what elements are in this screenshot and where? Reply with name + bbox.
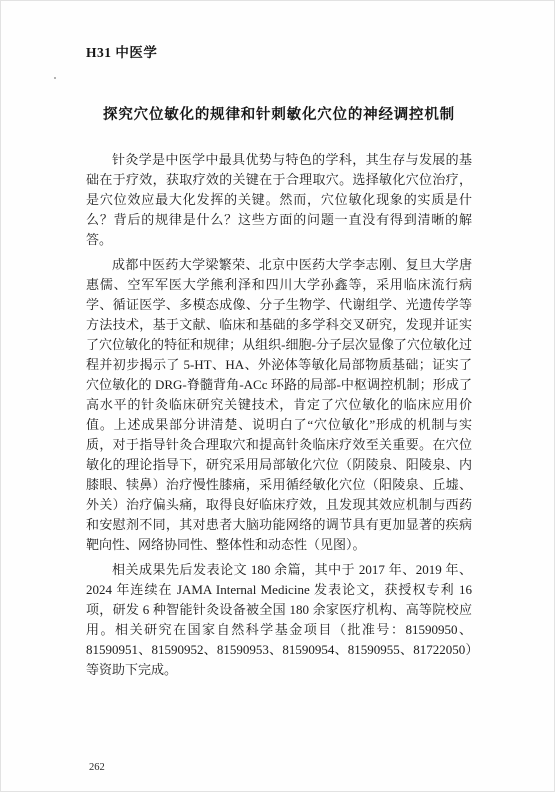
body-text: 针灸学是中医学中最具优势与特色的学科，其生存与发展的基础在于疗效，获取疗效的关键… (86, 150, 472, 680)
page-content: H31 中医学 探究穴位敏化的规律和针刺敏化穴位的神经调控机制 针灸学是中医学中… (86, 41, 472, 680)
paragraph-publications-funding: 相关成果先后发表论文 180 余篇，其中于 2017 年、2019 年、2024… (86, 560, 472, 680)
scan-artifact-dot (54, 77, 56, 79)
section-code-heading: H31 中医学 (86, 41, 472, 61)
page-number: 262 (89, 762, 105, 773)
document-page: H31 中医学 探究穴位敏化的规律和针刺敏化穴位的神经调控机制 针灸学是中医学中… (0, 0, 555, 792)
paragraph-research-findings: 成都中医药大学梁繁荣、北京中医药大学李志刚、复旦大学唐惠儒、空军军医大学熊利泽和… (86, 255, 472, 555)
page-title: 探究穴位敏化的规律和针刺敏化穴位的神经调控机制 (86, 103, 472, 124)
paragraph-intro: 针灸学是中医学中最具优势与特色的学科，其生存与发展的基础在于疗效，获取疗效的关键… (86, 150, 472, 250)
